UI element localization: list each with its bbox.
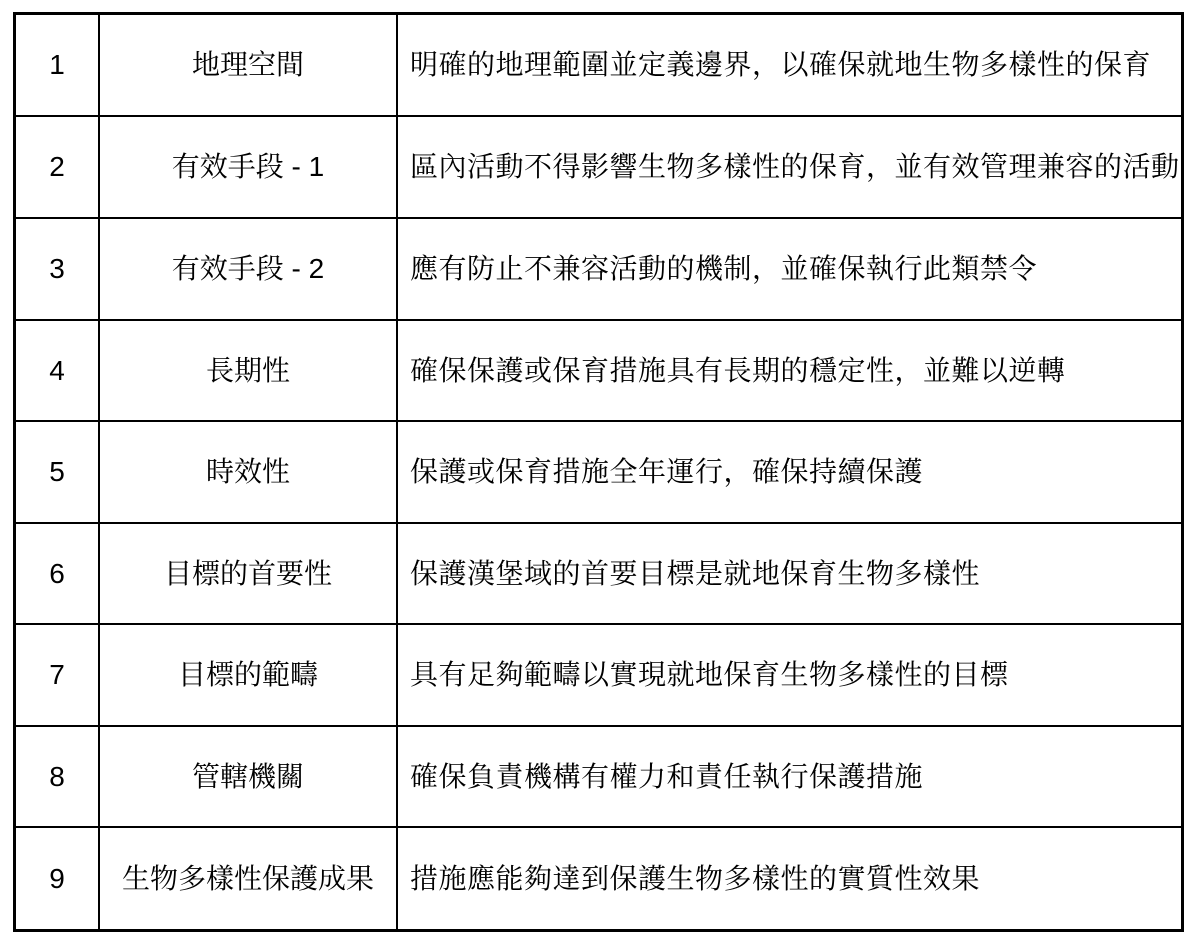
category-cell: 目標的範疇: [99, 624, 397, 726]
table-row: 4 長期性 確保保護或保育措施具有長期的穩定性，並難以逆轉: [15, 320, 1183, 422]
row-number-cell: 4: [15, 320, 100, 422]
row-number-cell: 9: [15, 827, 100, 930]
row-number-cell: 2: [15, 116, 100, 218]
table-row: 5 時效性 保護或保育措施全年運行，確保持續保護: [15, 421, 1183, 523]
description-cell: 具有足夠範疇以實現就地保育生物多樣性的目標: [397, 624, 1183, 726]
description-cell: 區內活動不得影響生物多樣性的保育，並有效管理兼容的活動: [397, 116, 1183, 218]
description-cell: 明確的地理範圍並定義邊界，以確保就地生物多樣性的保育: [397, 14, 1183, 117]
row-number-cell: 1: [15, 14, 100, 117]
category-cell: 長期性: [99, 320, 397, 422]
table-row: 7 目標的範疇 具有足夠範疇以實現就地保育生物多樣性的目標: [15, 624, 1183, 726]
category-cell: 管轄機關: [99, 726, 397, 828]
table-row: 2 有效手段 - 1 區內活動不得影響生物多樣性的保育，並有效管理兼容的活動: [15, 116, 1183, 218]
description-cell: 措施應能夠達到保護生物多樣性的實質性效果: [397, 827, 1183, 930]
row-number-cell: 3: [15, 218, 100, 320]
category-cell: 時效性: [99, 421, 397, 523]
row-number-cell: 8: [15, 726, 100, 828]
description-cell: 確保負責機構有權力和責任執行保護措施: [397, 726, 1183, 828]
description-cell: 確保保護或保育措施具有長期的穩定性，並難以逆轉: [397, 320, 1183, 422]
table-row: 8 管轄機關 確保負責機構有權力和責任執行保護措施: [15, 726, 1183, 828]
table-row: 1 地理空間 明確的地理範圍並定義邊界，以確保就地生物多樣性的保育: [15, 14, 1183, 117]
table-row: 6 目標的首要性 保護漢堡域的首要目標是就地保育生物多樣性: [15, 523, 1183, 625]
row-number-cell: 7: [15, 624, 100, 726]
description-cell: 保護漢堡域的首要目標是就地保育生物多樣性: [397, 523, 1183, 625]
description-cell: 應有防止不兼容活動的機制，並確保執行此類禁令: [397, 218, 1183, 320]
description-cell: 保護或保育措施全年運行，確保持續保護: [397, 421, 1183, 523]
category-cell: 生物多樣性保護成果: [99, 827, 397, 930]
row-number-cell: 6: [15, 523, 100, 625]
table-row: 3 有效手段 - 2 應有防止不兼容活動的機制，並確保執行此類禁令: [15, 218, 1183, 320]
category-cell: 有效手段 - 2: [99, 218, 397, 320]
category-cell: 有效手段 - 1: [99, 116, 397, 218]
category-cell: 目標的首要性: [99, 523, 397, 625]
row-number-cell: 5: [15, 421, 100, 523]
criteria-table: 1 地理空間 明確的地理範圍並定義邊界，以確保就地生物多樣性的保育 2 有效手段…: [13, 12, 1184, 932]
category-cell: 地理空間: [99, 14, 397, 117]
criteria-table-body: 1 地理空間 明確的地理範圍並定義邊界，以確保就地生物多樣性的保育 2 有效手段…: [15, 14, 1183, 931]
table-row: 9 生物多樣性保護成果 措施應能夠達到保護生物多樣性的實質性效果: [15, 827, 1183, 930]
